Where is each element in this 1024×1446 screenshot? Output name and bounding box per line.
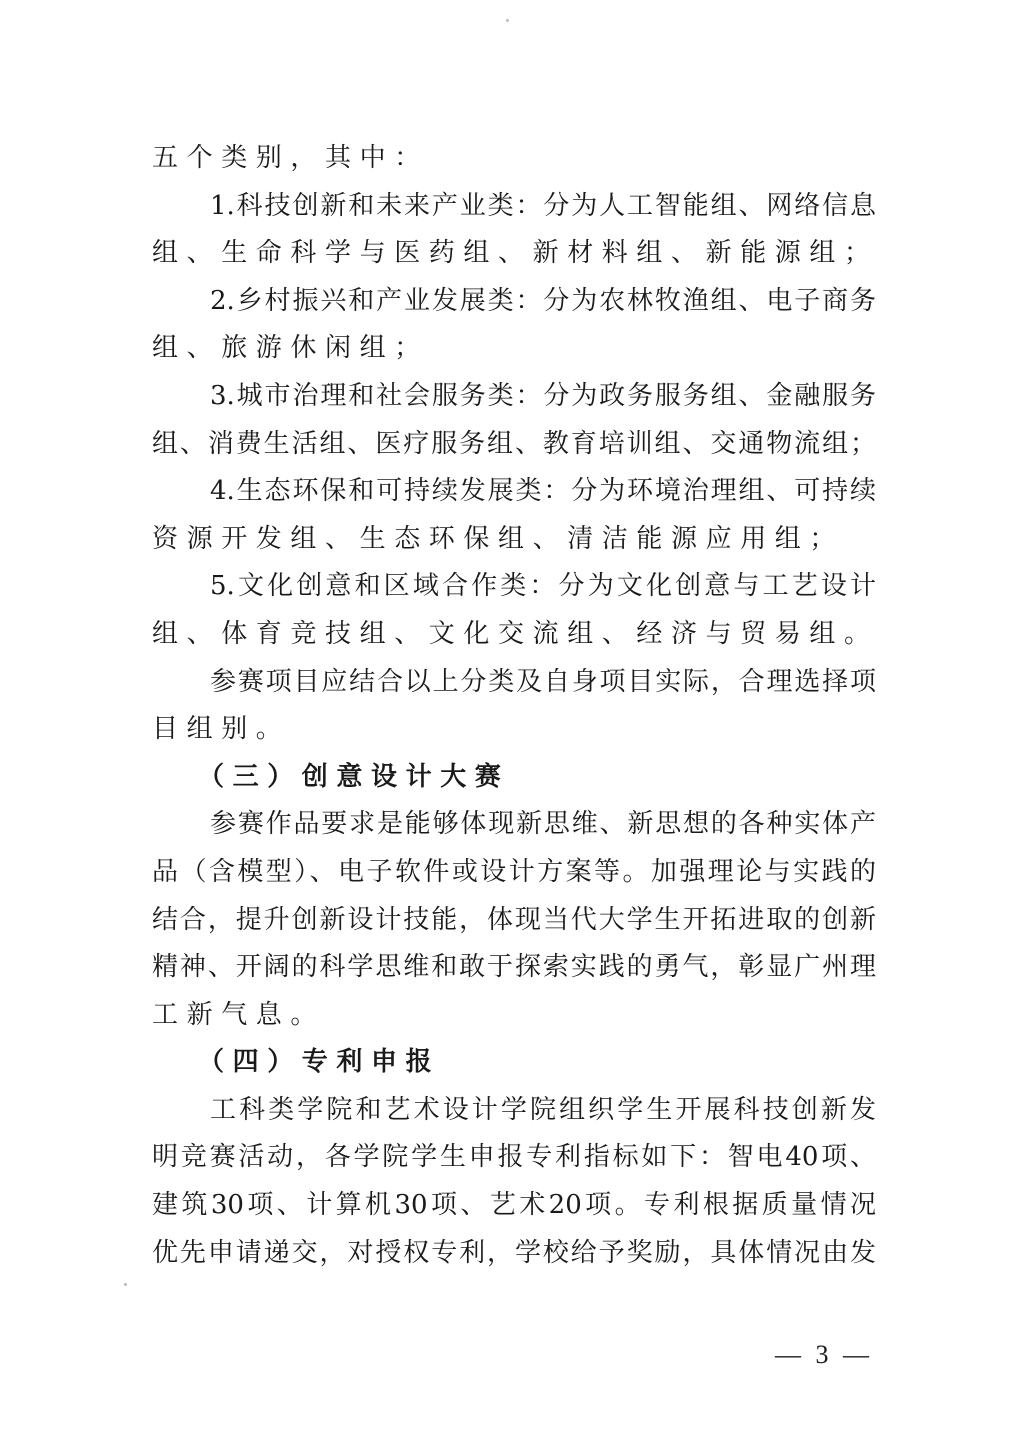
text-line: 五个类别，其中：: [152, 135, 876, 183]
body-paragraph-line: 精神、开阔的科学思维和敢于探索实践的勇气，彰显广州理: [152, 944, 876, 992]
section-heading-patent: （四）专利申报: [152, 1039, 876, 1087]
scan-artifact-dot: [124, 1283, 127, 1286]
body-paragraph-line: 目组别。: [152, 706, 876, 754]
body-paragraph-line: 参赛作品要求是能够体现新思维、新思想的各种实体产: [152, 801, 876, 849]
body-paragraph-line: 建筑30项、计算机30项、艺术20项。专利根据质量情况: [152, 1182, 876, 1230]
list-item-4-line-2: 资源开发组、生态环保组、清洁能源应用组；: [152, 516, 876, 564]
list-item-5-line-2: 组、体育竞技组、文化交流组、经济与贸易组。: [152, 611, 876, 659]
page-number: — 3 —: [775, 1340, 873, 1370]
body-paragraph-line: 参赛项目应结合以上分类及自身项目实际，合理选择项: [152, 659, 876, 707]
list-item-4-line-1: 4.生态环保和可持续发展类：分为环境治理组、可持续: [152, 468, 876, 516]
body-paragraph-line: 结合，提升创新设计技能，体现当代大学生开拓进取的创新: [152, 897, 876, 945]
section-heading-creative-design: （三）创意设计大赛: [152, 754, 876, 802]
body-paragraph-line: 工科类学院和艺术设计学院组织学生开展科技创新发: [152, 1087, 876, 1135]
list-item-1-line-2: 组、生命科学与医药组、新材料组、新能源组；: [152, 230, 876, 278]
body-paragraph-line: 品（含模型）、电子软件或设计方案等。加强理论与实践的: [152, 849, 876, 897]
list-item-5-line-1: 5.文化创意和区域合作类：分为文化创意与工艺设计: [152, 563, 876, 611]
list-item-2-line-1: 2.乡村振兴和产业发展类：分为农林牧渔组、电子商务: [152, 278, 876, 326]
list-item-1-line-1: 1.科技创新和未来产业类：分为人工智能组、网络信息: [152, 183, 876, 231]
body-paragraph-line: 优先申请递交，对授权专利，学校给予奖励，具体情况由发: [152, 1230, 876, 1278]
list-item-2-line-2: 组、旅游休闲组；: [152, 325, 876, 373]
document-page: 五个类别，其中： 1.科技创新和未来产业类：分为人工智能组、网络信息 组、生命科…: [152, 135, 876, 1277]
list-item-3-line-1: 3.城市治理和社会服务类：分为政务服务组、金融服务: [152, 373, 876, 421]
scan-artifact-dot: [506, 19, 509, 22]
body-paragraph-line: 明竞赛活动，各学院学生申报专利指标如下：智电40项、: [152, 1134, 876, 1182]
body-paragraph-line: 工新气息。: [152, 992, 876, 1040]
list-item-3-line-2: 组、消费生活组、医疗服务组、教育培训组、交通物流组；: [152, 421, 876, 469]
